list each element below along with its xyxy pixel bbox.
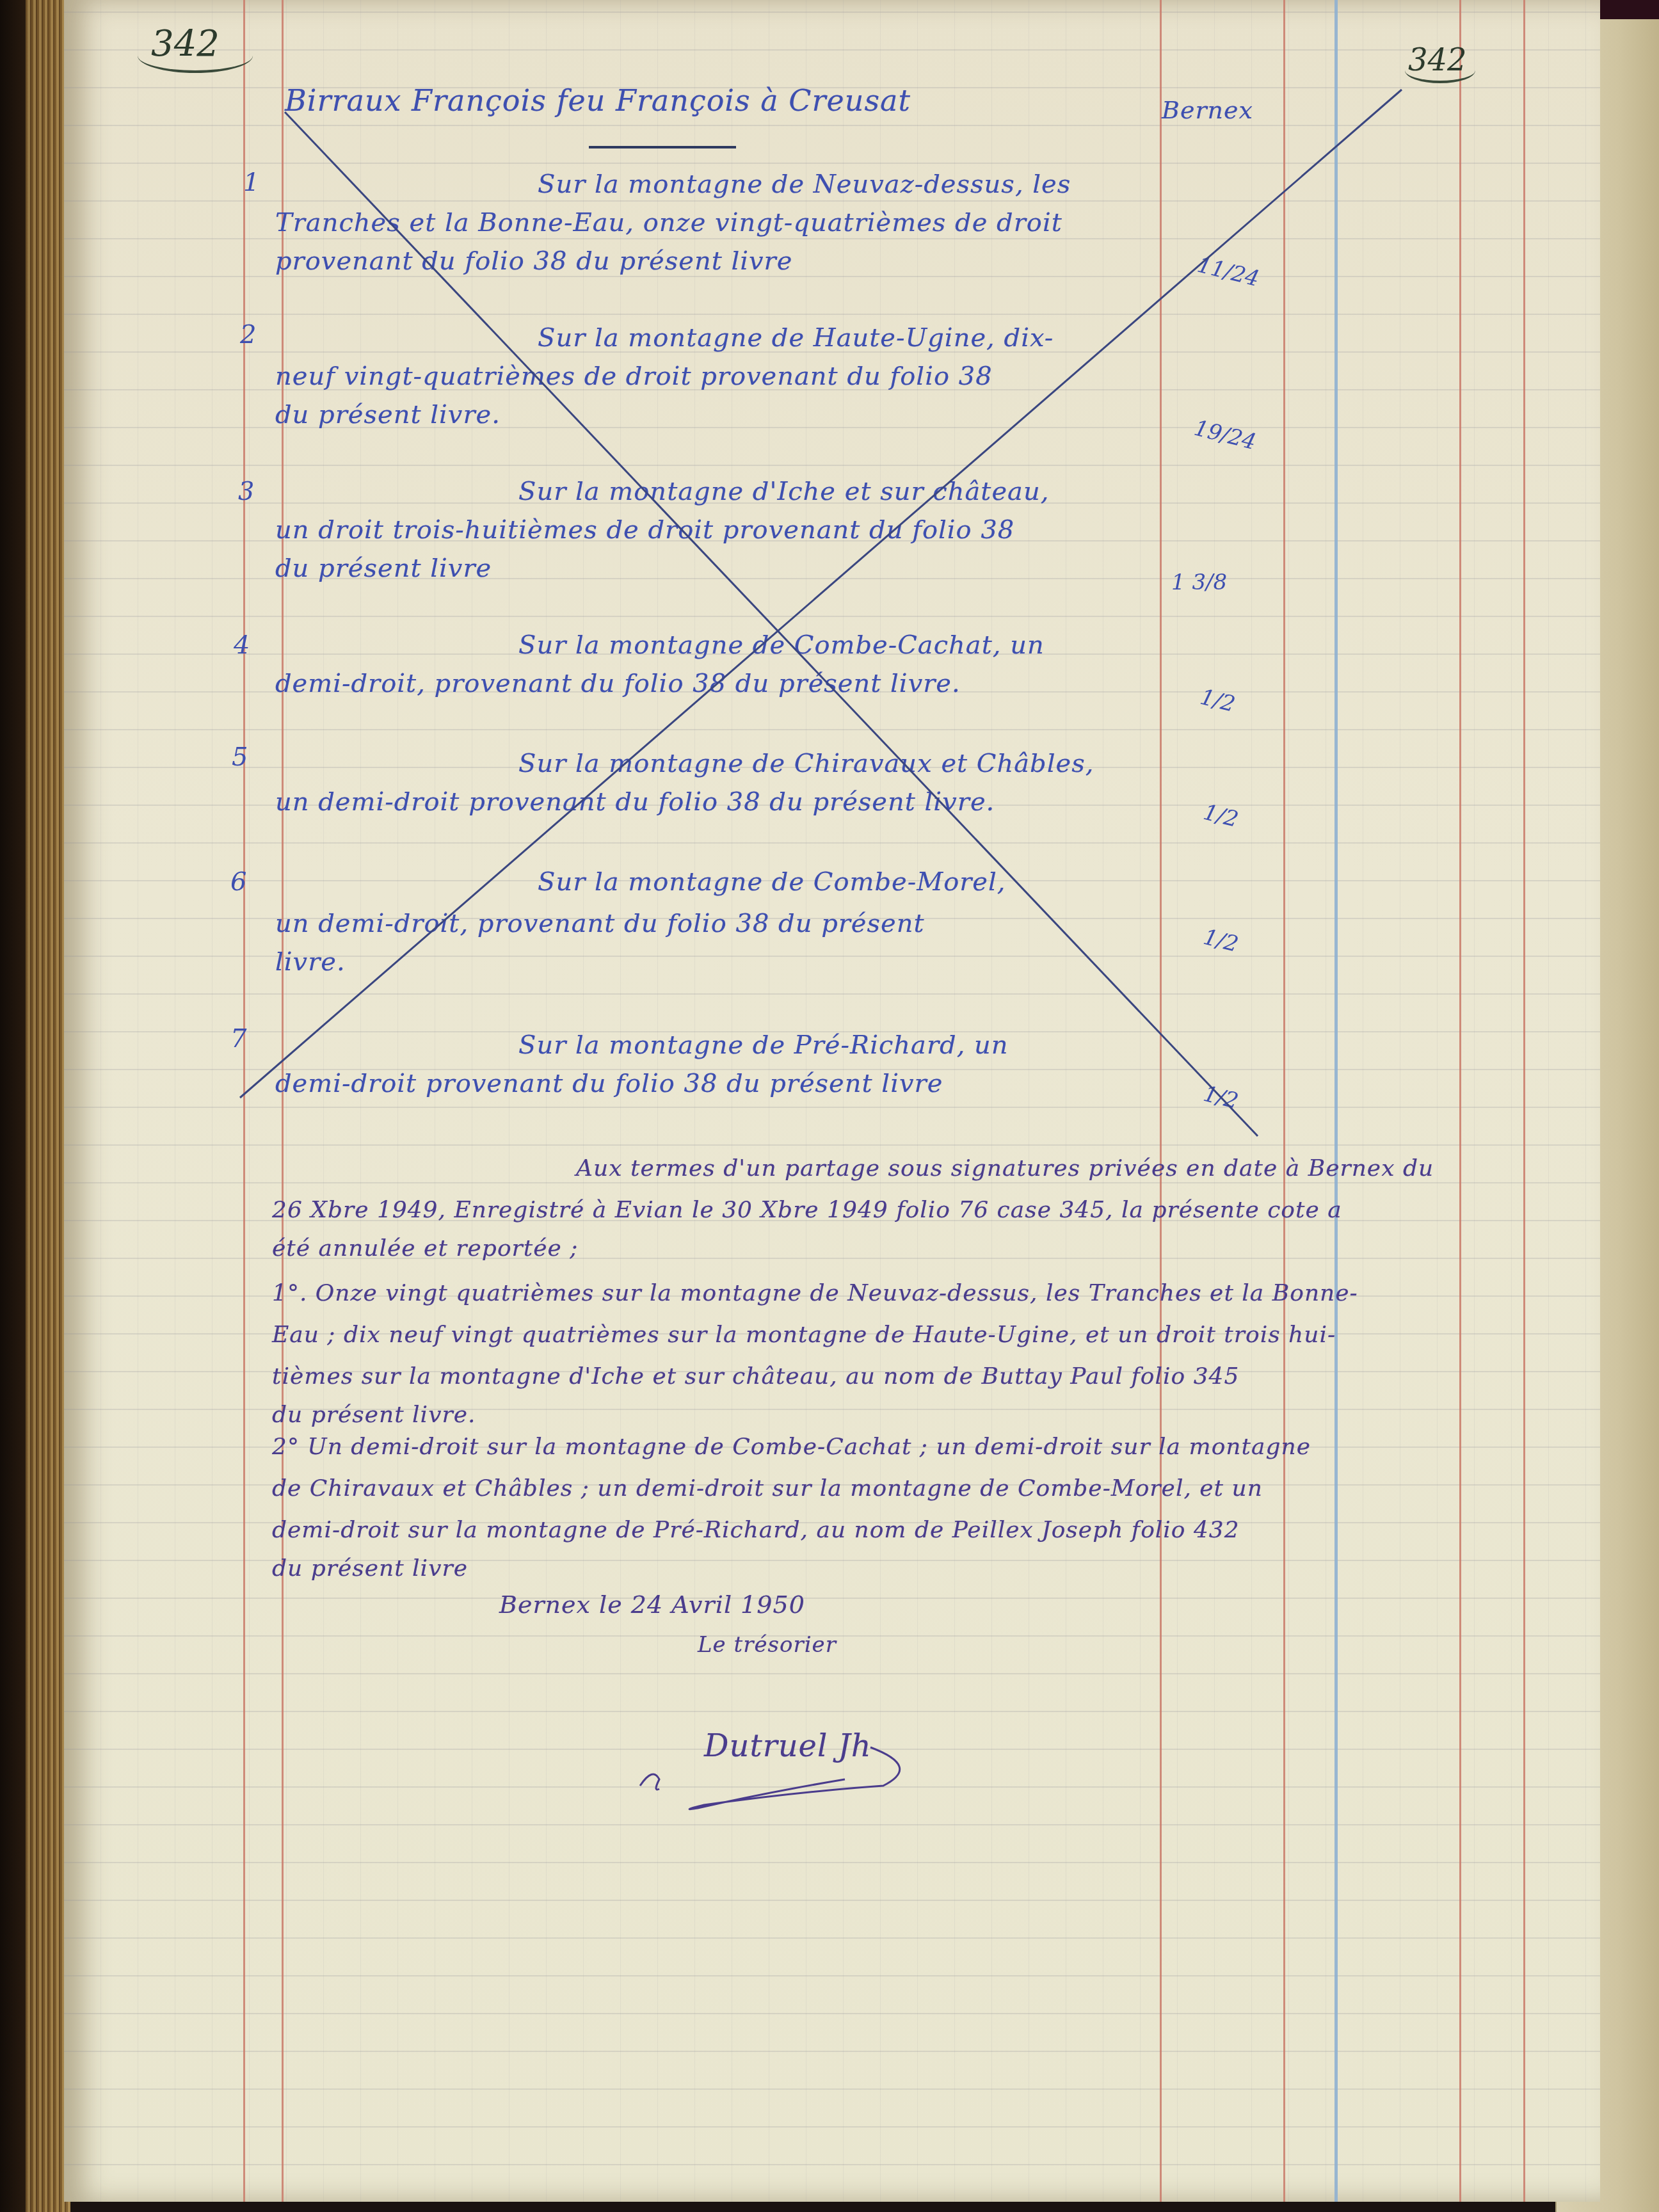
signature-flourish [0,0,1659,2212]
